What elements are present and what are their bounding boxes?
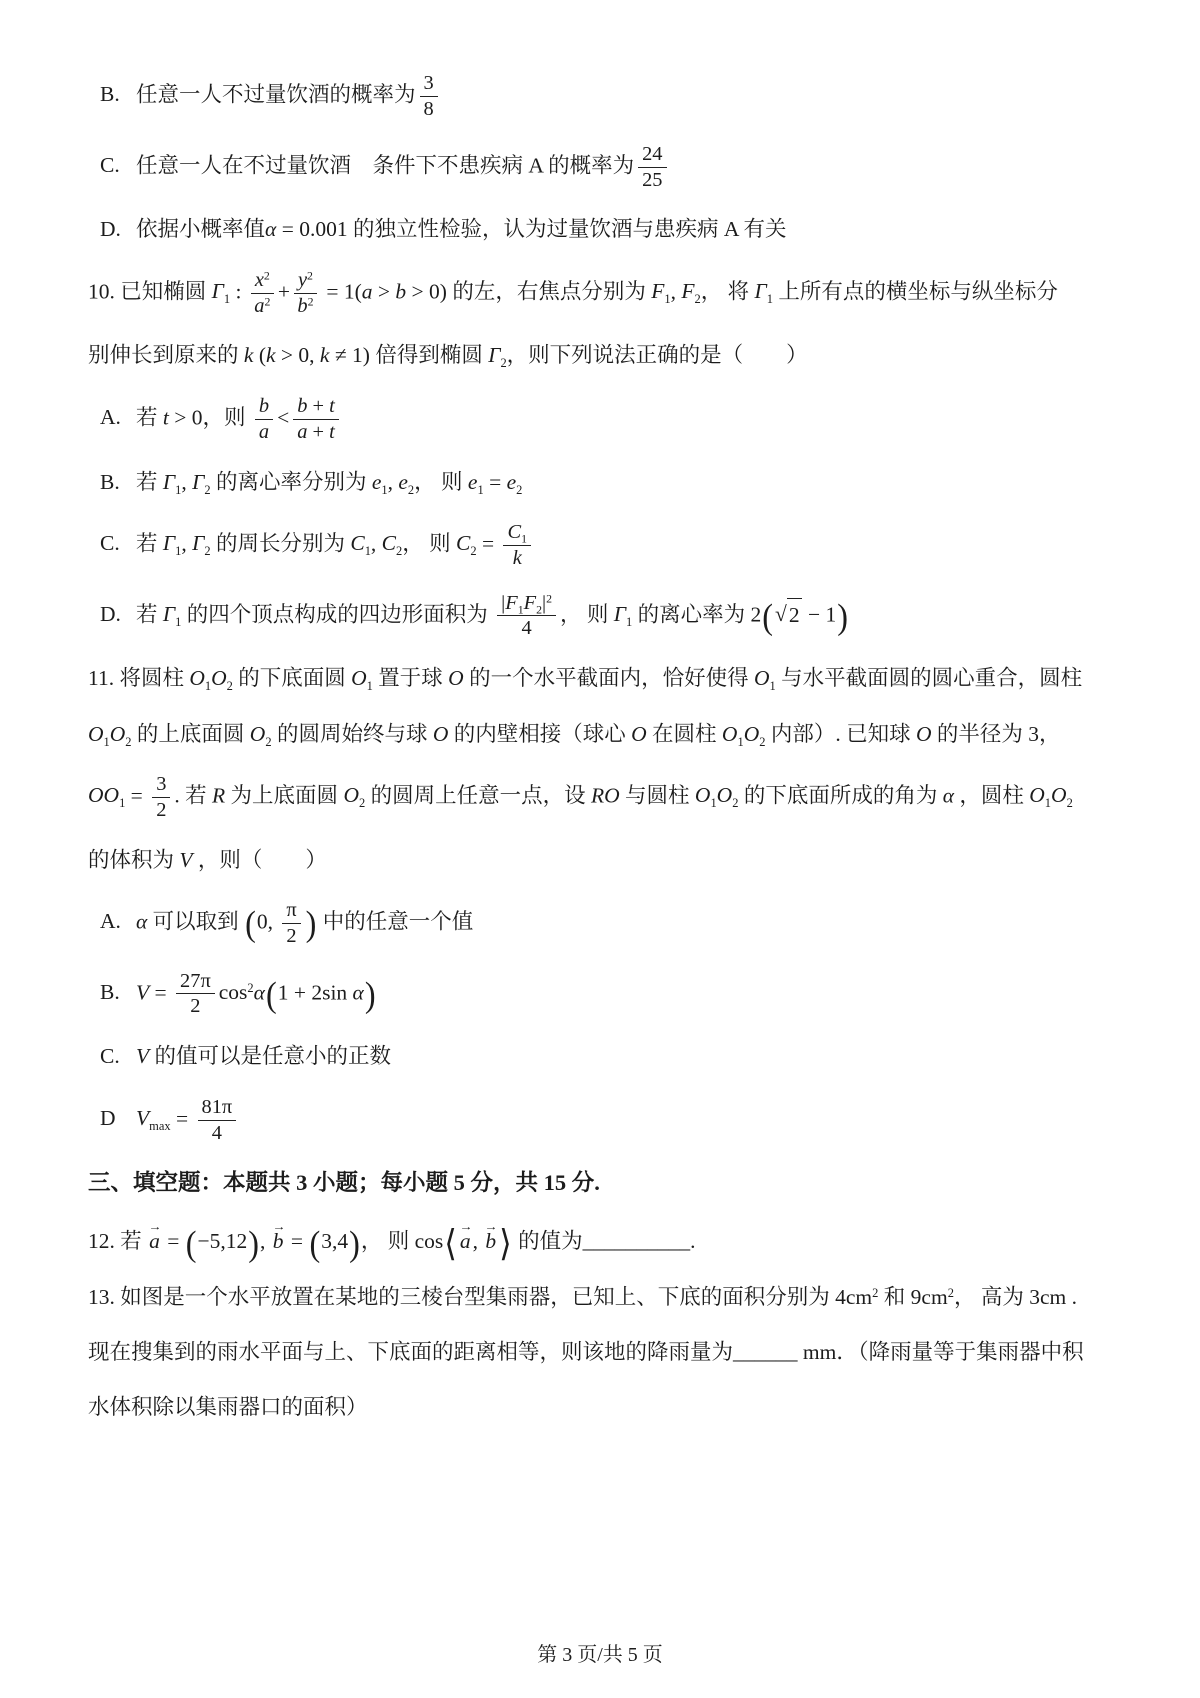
math-t: 的上底面圆 <box>132 722 250 746</box>
q9-option-c-label: C. <box>100 149 136 182</box>
math-f: x2a2 <box>251 269 274 318</box>
math-t: 若 <box>136 405 163 429</box>
math-rsup: 9cm2 <box>911 1285 954 1309</box>
math-r: __________ <box>583 1229 691 1253</box>
math-f: b + ta + t <box>293 395 339 444</box>
q11-option-d: DVmax = 81π4 <box>88 1096 1108 1145</box>
math-t: 的内壁相接（球心 <box>448 722 631 746</box>
math-t: . 若 <box>174 783 212 807</box>
math-t: ， 则 <box>414 470 468 494</box>
math-t: 10. 已知椭圆 <box>88 279 212 303</box>
math-r: 4 <box>212 1122 222 1144</box>
math-r: > 0, <box>276 343 320 367</box>
math-t: 的半径为 3， <box>932 722 1061 746</box>
math-t: 的一个水平截面内，恰好使得 <box>464 666 754 690</box>
math-isub: Γ1 <box>614 602 632 626</box>
q13-stem-line3: 水体积除以集雨器口的面积） <box>88 1391 1108 1424</box>
math-t: 为上底面圆 <box>225 783 343 807</box>
math-i: a <box>259 421 269 443</box>
math-isub: O1 <box>722 722 744 746</box>
math-r: 2 <box>286 925 296 947</box>
math-t: 可以取到 <box>147 909 244 933</box>
fraction-numerator: 3 <box>152 773 170 798</box>
math-t: 的圆周始终与球 <box>272 722 433 746</box>
math-isub: Γ1 <box>212 279 230 303</box>
math-isub: e2 <box>398 470 414 494</box>
fraction-numerator: b + t <box>293 395 339 420</box>
math-f: 81π4 <box>198 1096 237 1145</box>
math-i: V <box>136 1044 149 1068</box>
q10-option-a: A.若 t > 0，则 ba<b + ta + t <box>88 395 1108 444</box>
math-r: − 1 <box>803 602 837 626</box>
math-sqrt: √2 <box>775 598 802 632</box>
math-t: ， 将 <box>701 279 755 303</box>
math-t: . <box>690 1229 695 1253</box>
math-t: 的周长分别为 <box>211 531 351 555</box>
math-t: 的值为 <box>513 1229 583 1253</box>
math-isub: O1 <box>351 666 373 690</box>
math-r: : <box>230 279 247 303</box>
math-i: t <box>329 421 335 443</box>
math-r: + <box>278 279 290 303</box>
math-t: . <box>1066 1285 1077 1309</box>
math-isub: F2 <box>524 592 542 614</box>
math-sub: 1 <box>104 735 110 749</box>
math-t: ， 则 <box>361 1229 415 1253</box>
math-isub: O2 <box>744 722 766 746</box>
q10-option-c: C.若 Γ1, Γ2 的周长分别为 C1, C2， 则 C2 = C1k <box>88 521 1108 570</box>
math-t: 在圆柱 <box>647 722 722 746</box>
math-t: 任意一人在不过量饮酒 条件下不患疾病 A 的概率为 <box>136 153 634 177</box>
math-t: 的独立性检验，认为过量饮酒与患疾病 A 有关 <box>353 217 787 241</box>
math-isub: OO1 <box>88 783 125 807</box>
fraction-denominator: 2 <box>286 924 296 948</box>
math-t: 上所有点的横坐标与纵坐标分 <box>773 279 1058 303</box>
math-isub: O1 <box>88 722 110 746</box>
q11-option-b-label: B. <box>100 976 136 1009</box>
math-r: 25 <box>642 169 662 191</box>
fraction-denominator: a <box>259 420 269 444</box>
q12-stem: 12. 若 →a = (−5,12), →b = (3,4)， 则 cos⟨→a… <box>88 1223 1108 1258</box>
q11-option-a-label: A. <box>100 905 136 938</box>
fraction-numerator: 24 <box>638 143 666 168</box>
fraction-numerator: π <box>282 899 300 924</box>
math-r: 3 <box>156 773 166 795</box>
math-i: V <box>179 848 192 872</box>
math-t: ．（降雨量等于集雨器中积 <box>836 1340 1083 1364</box>
radicand: 2 <box>787 598 802 632</box>
fraction-numerator: C1 <box>503 521 531 546</box>
math-r: 0, <box>257 909 279 933</box>
math-sub: 1 <box>710 796 716 810</box>
math-r: = 1( <box>321 279 362 303</box>
radical-sign: √ <box>775 598 787 631</box>
math-r: cos <box>415 1229 444 1253</box>
math-isub: O2 <box>343 783 365 807</box>
math-i: b <box>395 279 406 303</box>
math-i: k <box>266 343 276 367</box>
math-isub: Γ1 <box>163 470 181 494</box>
math-sub: 1 <box>521 532 527 546</box>
math-vec: →a <box>460 1223 471 1258</box>
math-t: 三、填空题：本题共 3 小题；每小题 5 分，共 15 分. <box>88 1170 600 1195</box>
math-i: α <box>265 217 276 241</box>
math-f: 2425 <box>638 143 666 192</box>
q11-stem-line3: OO1 = 32. 若 R 为上底面圆 O2 的圆周上任意一点，设 RO 与圆柱… <box>88 773 1108 822</box>
math-i: RO <box>591 783 620 807</box>
math-r: = <box>477 531 500 555</box>
math-isub: Γ1 <box>163 531 181 555</box>
fraction-numerator: 3 <box>420 72 438 97</box>
math-rsup: cos2 <box>219 980 254 1004</box>
q10-option-d-label: D. <box>100 598 136 631</box>
math-isub: e2 <box>507 470 523 494</box>
math-t: 任意一人不过量饮酒的概率为 <box>136 82 416 106</box>
math-r: , <box>181 531 192 555</box>
math-t: 13. 如图是一个水平放置在某地的三棱台型集雨器，已知上、下底的面积分别为 <box>88 1285 835 1309</box>
math-r: = <box>484 470 507 494</box>
math-i: a <box>362 279 373 303</box>
math-isup: y2 <box>298 269 313 291</box>
math-isub: F1 <box>505 592 523 614</box>
fraction-denominator: b2 <box>297 294 313 318</box>
fraction-numerator: b <box>255 395 273 420</box>
math-r: 3,4 <box>321 1229 348 1253</box>
math-isub: O1 <box>754 666 776 690</box>
q10-stem-line1: 10. 已知椭圆 Γ1 : x2a2+y2b2 = 1(a > b > 0) 的… <box>88 269 1108 318</box>
math-isub: C1 <box>507 521 527 543</box>
math-t: ， 则 <box>402 531 456 555</box>
math-i: V <box>136 980 149 1004</box>
math-isub: Γ2 <box>192 531 210 555</box>
math-sub: 1 <box>737 735 743 749</box>
math-sup: 2 <box>307 268 313 282</box>
math-t: 依据小概率值 <box>136 217 265 241</box>
math-t: ，则下列说法正确的是（ ） <box>507 343 808 367</box>
math-r: , <box>473 1229 484 1253</box>
math-sup: 2 <box>546 591 552 605</box>
q9-option-d-label: D. <box>100 213 136 246</box>
math-t: ， 高为 <box>954 1285 1029 1309</box>
math-r: < <box>277 405 289 429</box>
fraction-numerator: 81π <box>198 1096 237 1121</box>
math-r: 27π <box>180 970 211 992</box>
math-isub: Γ1 <box>754 279 772 303</box>
math-isub: O2 <box>211 666 233 690</box>
math-t: 的圆周上任意一点，设 <box>365 783 591 807</box>
q13-stem-line1: 13. 如图是一个水平放置在某地的三棱台型集雨器，已知上、下底的面积分别为 4c… <box>88 1281 1108 1314</box>
math-i: α <box>254 980 265 1004</box>
math-f: 32 <box>152 773 170 822</box>
math-r: , <box>371 531 382 555</box>
math-sub: max <box>149 1119 170 1133</box>
q10-option-a-label: A. <box>100 401 136 434</box>
math-isub: O1 <box>189 666 211 690</box>
math-vec: →a <box>149 1223 160 1258</box>
math-sub: 1 <box>518 602 524 616</box>
fraction-numerator: |F1F2|2 <box>497 592 556 617</box>
q9-option-d: D.依据小概率值α = 0.001 的独立性检验，认为过量饮酒与患疾病 A 有关 <box>88 213 1108 246</box>
fraction-numerator: 27π <box>176 970 215 995</box>
math-isub: Vmax <box>136 1106 171 1130</box>
math-isub: Γ1 <box>163 602 181 626</box>
math-r: + <box>307 421 329 443</box>
math-r: = <box>286 1229 309 1253</box>
math-isup: a2 <box>254 295 270 317</box>
fraction-denominator: 8 <box>424 97 434 121</box>
math-r: + <box>307 395 329 417</box>
math-r: 24 <box>642 143 662 165</box>
math-r: mm <box>803 1340 836 1364</box>
math-r: > 0 <box>169 405 203 429</box>
math-f: π2 <box>282 899 300 948</box>
math-i: O <box>448 666 464 690</box>
math-vec: →b <box>273 1223 284 1258</box>
math-isub: O1 <box>695 783 717 807</box>
math-r: > <box>373 279 396 303</box>
vector-arrow-icon: → <box>148 1218 161 1235</box>
math-f: |F1F2|24 <box>497 592 556 641</box>
math-r: 2 <box>156 799 166 821</box>
math-rsup: 4cm2 <box>835 1285 878 1309</box>
q11-option-b: B.V = 27π2cos2α(1 + 2sin α) <box>88 970 1108 1019</box>
math-t: 和 <box>878 1285 910 1309</box>
math-isub: Γ2 <box>192 470 210 494</box>
math-f: ba <box>255 395 273 444</box>
q9-option-b-label: B. <box>100 78 136 111</box>
math-t: 的四个顶点构成的四边形面积为 <box>181 602 493 626</box>
math-isub: C2 <box>382 531 403 555</box>
math-t: ，则 <box>203 405 251 429</box>
math-isup: b2 <box>297 295 313 317</box>
math-r: ≠ 1) <box>329 343 375 367</box>
math-r: , <box>181 470 192 494</box>
fraction-denominator: a + t <box>297 420 335 444</box>
math-r: , <box>260 1229 271 1253</box>
math-r: −5,12 <box>198 1229 248 1253</box>
math-isub: e1 <box>468 470 484 494</box>
math-isub: O2 <box>250 722 272 746</box>
math-r: 2 <box>190 995 200 1017</box>
math-i: b <box>259 395 269 417</box>
math-t: 中的任意一个值 <box>317 909 473 933</box>
math-rsup: |2 <box>542 592 552 614</box>
math-r: = <box>149 980 172 1004</box>
math-r: 3 <box>424 72 434 94</box>
q10-stem-line2: 别伸长到原来的 k (k > 0, k ≠ 1) 倍得到椭圆 Γ2，则下列说法正… <box>88 339 1108 372</box>
math-r: 2 <box>751 602 762 626</box>
math-t: 的下底面圆 <box>233 666 351 690</box>
math-r: π <box>286 899 296 921</box>
math-t: 与水平截面圆的圆心重合，圆柱 <box>776 666 1082 690</box>
math-r: 3cm <box>1029 1285 1066 1309</box>
q11-option-d-label: D <box>100 1102 136 1135</box>
math-sup: 2 <box>264 294 270 308</box>
q11-stem-line4: 的体积为 V ，则（ ） <box>88 844 1108 877</box>
math-t: 11. 将圆柱 <box>88 666 189 690</box>
vector-arrow-icon: → <box>272 1218 285 1235</box>
fraction-denominator: 25 <box>642 168 662 192</box>
math-isub: O2 <box>110 722 132 746</box>
math-r: , <box>671 279 682 303</box>
math-t: 若 <box>136 531 163 555</box>
math-t: ， 则 <box>560 602 614 626</box>
fraction-denominator: k <box>513 546 522 570</box>
math-t: 若 <box>136 470 163 494</box>
exam-page: B.任意一人不过量饮酒的概率为38C.任意一人在不过量饮酒 条件下不患疾病 A … <box>0 0 1200 1425</box>
math-t: ，圆柱 <box>954 783 1029 807</box>
math-i: R <box>212 783 225 807</box>
math-r: , <box>388 470 399 494</box>
math-isub: O1 <box>1029 783 1051 807</box>
math-t: 的体积为 <box>88 848 179 872</box>
math-r: = <box>162 1229 185 1253</box>
math-i: α <box>353 980 364 1004</box>
math-t: 12. 若 <box>88 1229 147 1253</box>
math-r: = <box>125 783 148 807</box>
math-t: 水体积除以集雨器口的面积） <box>88 1395 368 1419</box>
math-i: a <box>297 421 307 443</box>
math-t: 的左，右焦点分别为 <box>452 279 651 303</box>
math-r: 1 + 2sin <box>278 980 353 1004</box>
math-t: 的离心率为 <box>632 602 750 626</box>
q13-stem-line2: 现在搜集到的雨水平面与上、下底面的距离相等，则该地的降雨量为______ mm．… <box>88 1336 1108 1369</box>
math-r: > 0) <box>406 279 452 303</box>
q10-option-b-label: B. <box>100 466 136 499</box>
q11-stem-line1: 11. 将圆柱 O1O2 的下底面圆 O1 置于球 O 的一个水平截面内，恰好使… <box>88 662 1108 695</box>
math-f: 38 <box>420 72 438 121</box>
math-r: = 0.001 <box>276 217 353 241</box>
math-f: C1k <box>503 521 531 570</box>
fraction-denominator: a2 <box>254 294 270 318</box>
q11-option-c: C.V 的值可以是任意小的正数 <box>88 1040 1108 1073</box>
math-isub: C2 <box>456 531 477 555</box>
math-i: k <box>244 343 254 367</box>
fraction-denominator: 4 <box>521 616 531 640</box>
q10-option-b: B.若 Γ1, Γ2 的离心率分别为 e1, e2， 则 e1 = e2 <box>88 466 1108 499</box>
math-i: b <box>297 395 307 417</box>
math-t: 的离心率分别为 <box>211 470 372 494</box>
math-r: 4 <box>521 617 531 639</box>
math-isub: Γ2 <box>488 343 506 367</box>
fraction-numerator: y2 <box>294 269 317 294</box>
math-isub: F2 <box>681 279 700 303</box>
math-t: 的下底面所成的角为 <box>738 783 942 807</box>
math-i: α <box>136 909 147 933</box>
math-i: t <box>329 395 335 417</box>
q9-option-b: B.任意一人不过量饮酒的概率为38 <box>88 72 1108 121</box>
q10-option-d: D.若 Γ1 的四个顶点构成的四边形面积为 |F1F2|24， 则 Γ1 的离心… <box>88 592 1108 641</box>
math-r: ( <box>253 343 266 367</box>
math-sup: 2 <box>308 294 314 308</box>
math-r: 81π <box>202 1096 233 1118</box>
math-isub: e1 <box>372 470 388 494</box>
math-i: α <box>943 783 954 807</box>
math-i: O <box>631 722 647 746</box>
q11-option-c-label: C. <box>100 1040 136 1073</box>
math-t: 的值可以是任意小的正数 <box>149 1044 391 1068</box>
q11-option-a: A.α 可以取到 (0, π2) 中的任意一个值 <box>88 899 1108 948</box>
fraction-denominator: 4 <box>212 1121 222 1145</box>
math-r: = <box>171 1106 194 1130</box>
math-t: 内部）. 已知球 <box>765 722 916 746</box>
math-t: 别伸长到原来的 <box>88 343 244 367</box>
fraction-denominator: 2 <box>156 798 166 822</box>
math-isup: x2 <box>255 269 270 291</box>
math-t: 倍得到椭圆 <box>375 343 488 367</box>
math-t: 若 <box>136 602 163 626</box>
math-t: 与圆柱 <box>620 783 695 807</box>
math-isub: O2 <box>717 783 739 807</box>
math-vec: →b <box>485 1223 496 1258</box>
section3-header: 三、填空题：本题共 3 小题；每小题 5 分，共 15 分. <box>88 1166 1108 1201</box>
math-r: 8 <box>424 98 434 120</box>
math-r: 2 <box>789 603 800 627</box>
q10-option-c-label: C. <box>100 527 136 560</box>
math-f: y2b2 <box>294 269 317 318</box>
math-t: ，则（ ） <box>193 848 327 872</box>
math-isub: O2 <box>1051 783 1073 807</box>
page-footer: 第 3 页/共 5 页 <box>0 1638 1200 1667</box>
math-t: 置于球 <box>373 666 448 690</box>
math-sub: 2 <box>516 482 522 496</box>
fraction-denominator: 2 <box>190 994 200 1018</box>
fraction-numerator: x2 <box>251 269 274 294</box>
math-isub: F1 <box>651 279 670 303</box>
vector-arrow-icon: → <box>485 1218 498 1235</box>
math-f: 27π2 <box>176 970 215 1019</box>
math-sub: 2 <box>1067 796 1073 810</box>
q9-option-c: C.任意一人在不过量饮酒 条件下不患疾病 A 的概率为2425 <box>88 143 1108 192</box>
math-i: O <box>916 722 932 746</box>
math-sup: 2 <box>264 268 270 282</box>
math-isub: C1 <box>350 531 371 555</box>
vector-arrow-icon: → <box>459 1218 472 1235</box>
math-r: ______ <box>733 1340 803 1364</box>
q11-stem-line2: O1O2 的上底面圆 O2 的圆周始终与球 O 的内壁相接（球心 O 在圆柱 O… <box>88 718 1108 751</box>
math-i: O <box>433 722 449 746</box>
math-t: 现在搜集到的雨水平面与上、下底面的距离相等，则该地的降雨量为 <box>88 1340 733 1364</box>
math-i: k <box>513 547 522 569</box>
